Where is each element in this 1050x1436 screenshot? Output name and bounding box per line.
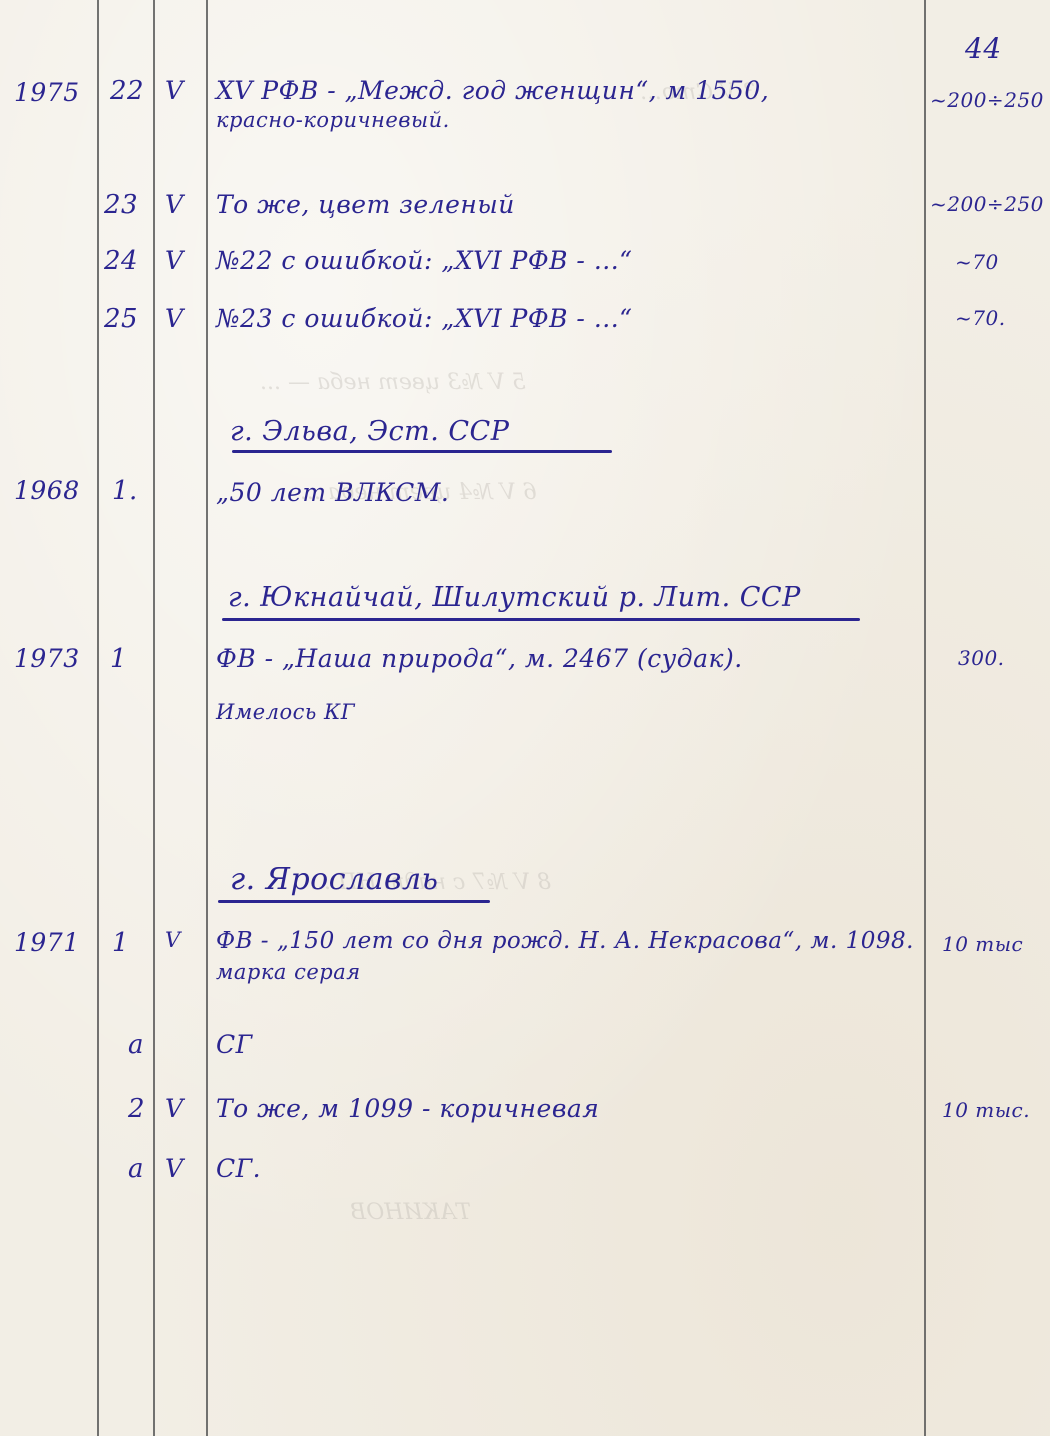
entry-year: 1975 <box>14 78 80 107</box>
entry-description: №23 с ошибкой: „XVI РФВ - ...“ <box>216 304 632 333</box>
column-rule-check <box>206 0 208 1436</box>
entry-number: 22 <box>110 76 144 106</box>
entry-number: 1 <box>112 928 129 958</box>
entry-description-continued: марка серая <box>216 960 361 984</box>
entry-number: 2 <box>128 1094 145 1124</box>
bleed-through-text: ТАКИНОВ <box>350 1200 471 1225</box>
heading-underline <box>218 900 490 903</box>
entry-price: ~200÷250 <box>930 192 1044 216</box>
entry-number: 1. <box>112 476 138 506</box>
entry-year: 1973 <box>14 644 80 673</box>
entry-number: 23 <box>104 190 138 220</box>
check-mark: V <box>165 246 184 275</box>
section-heading-yaroslavl: г. Ярославль <box>230 862 438 897</box>
page-number: 44 <box>965 32 1002 65</box>
entry-note: Имелось КГ <box>216 700 355 724</box>
entry-price: ~70 <box>955 250 999 274</box>
column-rule-price <box>924 0 926 1436</box>
entry-price: ~70. <box>955 306 1006 330</box>
entry-description: №22 с ошибкой: „XVI РФВ - ...“ <box>216 246 632 275</box>
section-heading-juknaichai: г. Юкнайчай, Шилутский р. Лит. ССР <box>228 582 801 613</box>
entry-description: То же, м 1099 - коричневая <box>216 1094 599 1123</box>
entry-description: То же, цвет зеленый <box>216 190 515 219</box>
entry-description: „50 лет ВЛКСМ. <box>216 478 449 507</box>
notebook-page <box>0 0 1050 1436</box>
entry-description-continued: красно-коричневый. <box>216 108 450 132</box>
check-mark: V <box>165 1154 184 1183</box>
heading-underline <box>232 450 612 453</box>
bleed-through-text: 5 V №3 цвет неба — ... <box>260 370 526 395</box>
entry-description: СГ. <box>216 1154 261 1183</box>
entry-description: ФВ - „Наша природа“, м. 2467 (судак). <box>216 644 743 673</box>
entry-description: СГ <box>216 1030 253 1059</box>
entry-number: 25 <box>104 304 138 334</box>
entry-number: а <box>128 1154 144 1184</box>
section-heading-elva: г. Эльва, Эст. ССР <box>230 416 509 447</box>
entry-price: 300. <box>958 646 1005 670</box>
column-rule-number <box>153 0 155 1436</box>
heading-underline <box>222 618 860 621</box>
entry-price: ~200÷250 <box>930 88 1044 112</box>
check-mark: V <box>165 928 181 952</box>
check-mark: V <box>165 1094 184 1123</box>
column-rule-year <box>97 0 99 1436</box>
entry-number: 24 <box>104 246 138 276</box>
entry-number: а <box>128 1030 144 1060</box>
check-mark: V <box>165 76 184 105</box>
entry-number: 1 <box>110 644 127 674</box>
entry-description: ФВ - „150 лет со дня рожд. Н. А. Некрасо… <box>216 928 914 954</box>
entry-price: 10 тыс <box>942 932 1023 956</box>
entry-year: 1971 <box>14 928 80 957</box>
check-mark: V <box>165 190 184 219</box>
entry-price: 10 тыс. <box>942 1098 1030 1122</box>
entry-year: 1968 <box>14 476 80 505</box>
entry-description: XV РФВ - „Межд. год женщин“, м 1550, <box>216 76 769 105</box>
check-mark: V <box>165 304 184 333</box>
